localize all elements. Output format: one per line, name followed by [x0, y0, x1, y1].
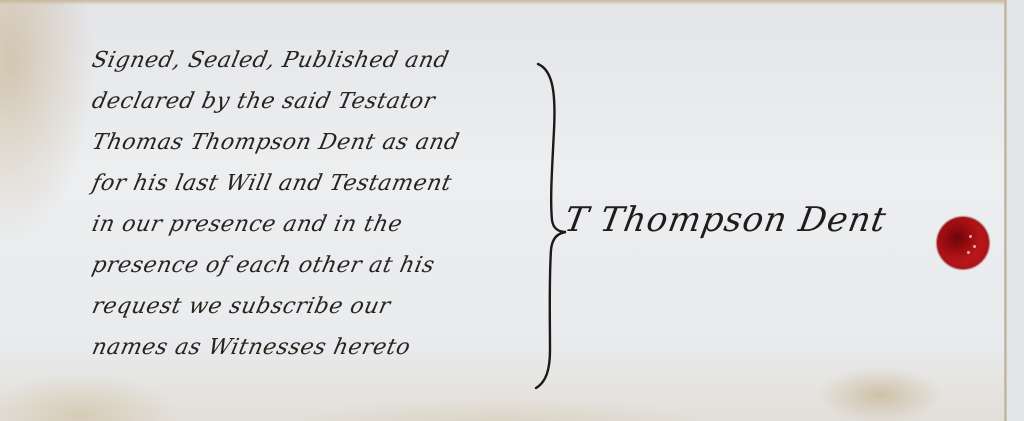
seal-speck — [969, 235, 972, 238]
document-page: Signed, Sealed, Published and declared b… — [0, 0, 1024, 421]
wax-seal-icon — [937, 217, 989, 269]
attestation-line: Signed, Sealed, Published and — [88, 40, 557, 81]
attestation-line: declared by the said Testator — [88, 81, 557, 122]
attestation-line: Thomas Thompson Dent as and — [88, 122, 557, 163]
attestation-line: for his last Will and Testament — [88, 163, 557, 204]
seal-speck — [967, 251, 970, 254]
attestation-line: names as Witnesses hereto — [88, 327, 557, 368]
seal-speck — [973, 245, 976, 248]
attestation-clause: Signed, Sealed, Published and declared b… — [88, 40, 548, 368]
attestation-line: request we subscribe our — [88, 286, 557, 327]
testator-signature: T Thompson Dent — [561, 200, 889, 240]
paper-top-edge — [0, 0, 1024, 5]
attestation-line: presence of each other at his — [88, 245, 557, 286]
attestation-line: in our presence and in the — [88, 204, 557, 245]
paper-right-strip — [1007, 0, 1024, 421]
